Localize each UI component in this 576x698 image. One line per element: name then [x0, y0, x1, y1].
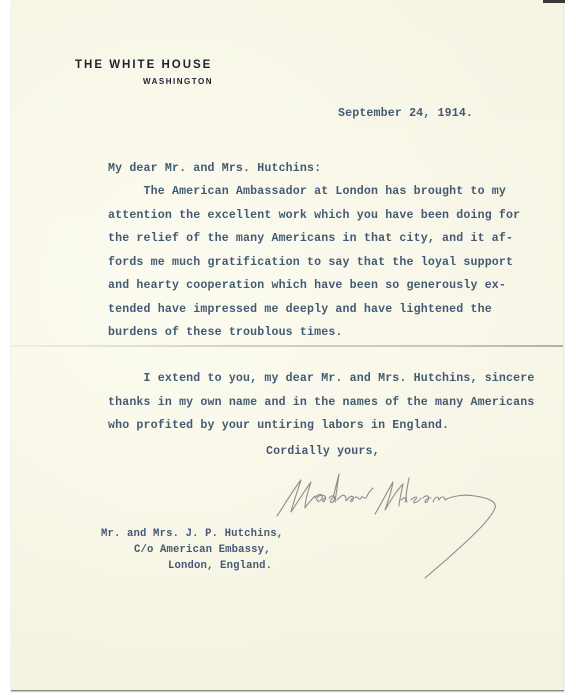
address-line: Mr. and Mrs. J. P. Hutchins, — [101, 528, 283, 540]
body-line: burdens of these troublous times. — [108, 326, 343, 339]
signature — [275, 466, 505, 586]
body-line: I extend to you, my dear Mr. and Mrs. Hu… — [108, 372, 534, 385]
body-line: the relief of the many Americans in that… — [108, 232, 513, 245]
letter-paper: THE WHITE HOUSE WASHINGTON September 24,… — [11, 0, 564, 690]
letterhead-title: THE WHITE HOUSE — [75, 59, 212, 71]
paper-corner-shadow — [543, 0, 565, 3]
salutation: My dear Mr. and Mrs. Hutchins: — [108, 162, 321, 175]
address-line: C/o American Embassy, — [134, 544, 271, 556]
closing: Cordially yours, — [266, 445, 380, 458]
letter-date: September 24, 1914. — [338, 107, 473, 120]
address-line: London, England. — [168, 560, 272, 572]
body-line: who profited by your untiring labors in … — [108, 419, 449, 432]
paper-fold-line — [11, 345, 563, 347]
body-line: fords me much gratification to say that … — [108, 256, 513, 269]
body-line: The American Ambassador at London has br… — [108, 185, 506, 198]
letterhead-city: WASHINGTON — [143, 77, 213, 86]
body-line: tended have impressed me deeply and have… — [108, 303, 492, 316]
body-line: and hearty cooperation which have been s… — [108, 279, 506, 292]
body-line: attention the excellent work which you h… — [108, 209, 520, 222]
body-line: thanks in my own name and in the names o… — [108, 396, 534, 409]
